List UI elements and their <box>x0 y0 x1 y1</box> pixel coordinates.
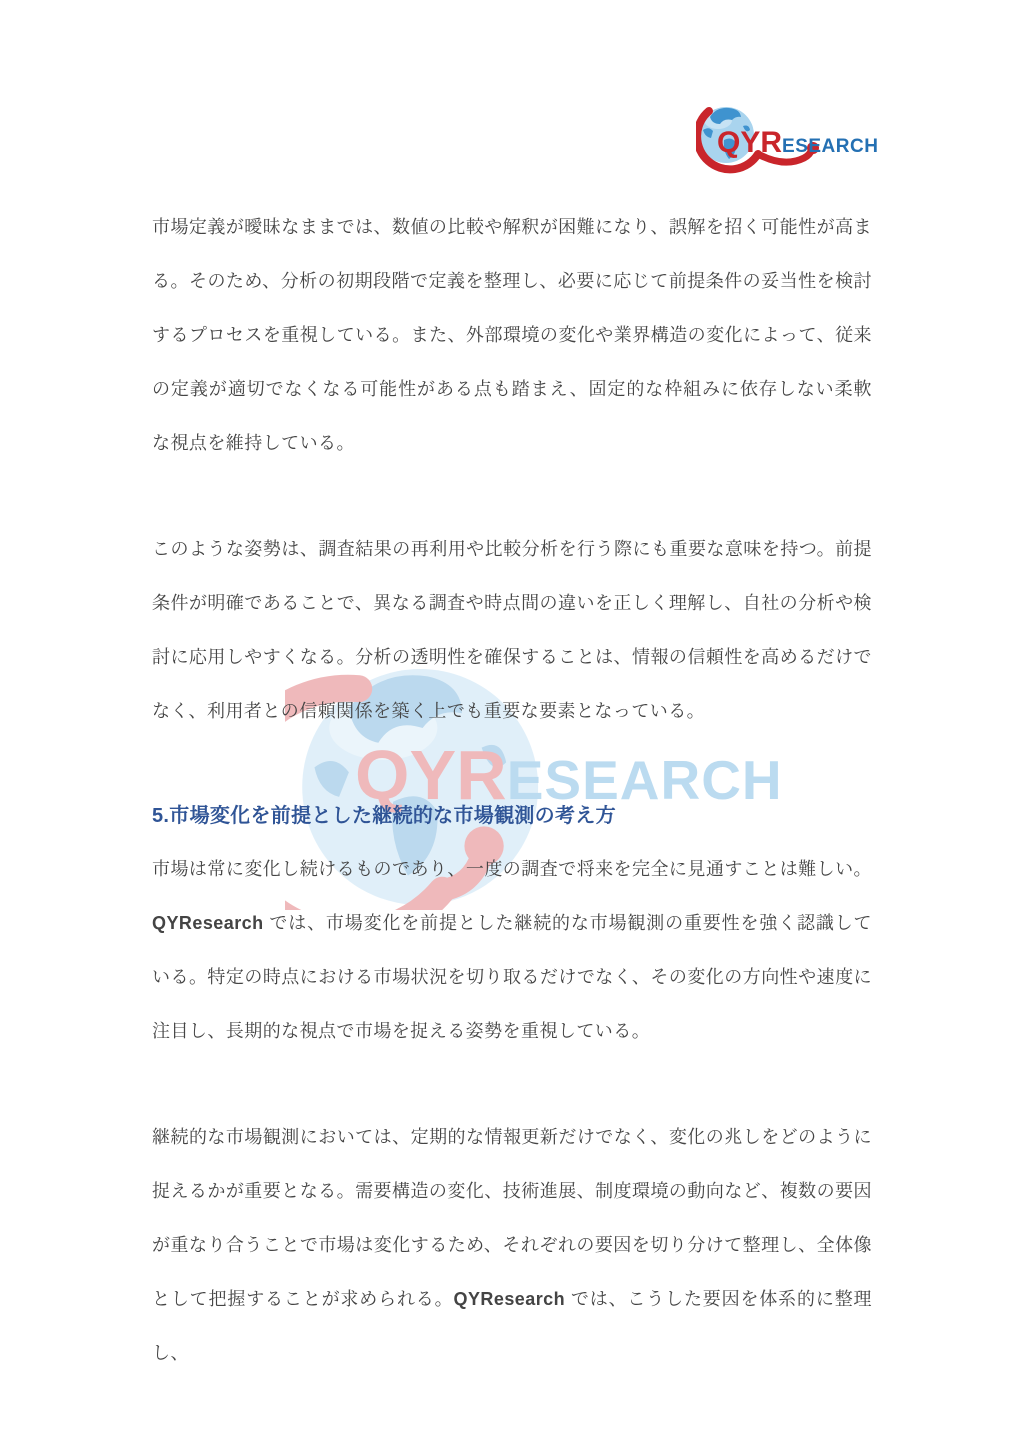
section-heading: 5.市場変化を前提とした継続的な市場観測の考え方 <box>152 790 872 842</box>
body-paragraph: このような姿勢は、調査結果の再利用や比較分析を行う際にも重要な意味を持つ。前提条… <box>152 522 872 738</box>
body-paragraph: 市場は常に変化し続けるものであり、一度の調査で将来を完全に見通すことは難しい。Q… <box>152 842 872 1058</box>
body-paragraph: 継続的な市場観測においては、定期的な情報更新だけでなく、変化の兆しをどのように捉… <box>152 1110 872 1380</box>
document-body: 市場定義が曖昧なままでは、数値の比較や解釈が困難になり、誤解を招く可能性が高まる… <box>152 200 872 1432</box>
text-run: 市場定義が曖昧なままでは、数値の比較や解釈が困難になり、誤解を招く可能性が高まる… <box>152 217 872 453</box>
logo-text-qyr: QYR <box>717 128 782 158</box>
qyresearch-logo: QYR ESEARCH <box>696 102 840 176</box>
logo-text-esearch: ESEARCH <box>782 137 878 156</box>
text-run: このような姿勢は、調査結果の再利用や比較分析を行う際にも重要な意味を持つ。前提条… <box>152 539 872 721</box>
document-page: { "brand": { "name": "QYResearch", "logo… <box>0 0 1024 1448</box>
brand-name-inline: QYResearch <box>454 1289 566 1309</box>
brand-name-inline: QYResearch <box>152 913 264 933</box>
logo-wordmark: QYR ESEARCH <box>717 128 878 158</box>
body-paragraph: 市場定義が曖昧なままでは、数値の比較や解釈が困難になり、誤解を招く可能性が高まる… <box>152 200 872 470</box>
text-run: 市場は常に変化し続けるものであり、一度の調査で将来を完全に見通すことは難しい。 <box>152 859 872 879</box>
text-run: 継続的な市場観測においては、定期的な情報更新だけでなく、変化の兆しをどのように捉… <box>152 1127 872 1309</box>
